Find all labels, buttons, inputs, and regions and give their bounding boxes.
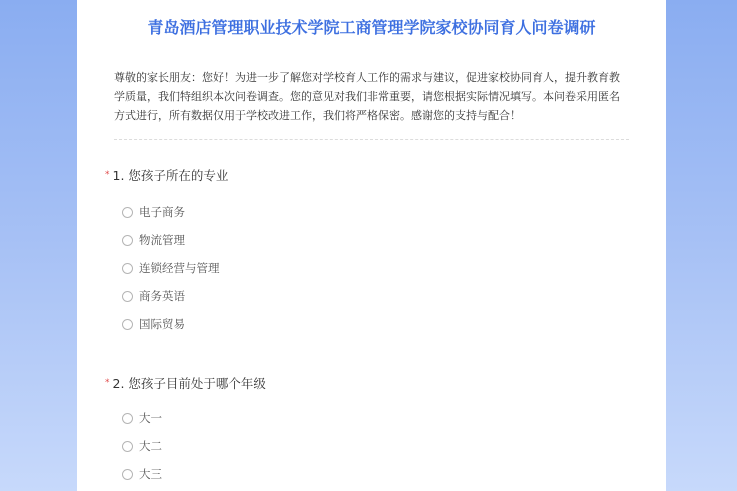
- survey-card: 青岛酒店管理职业技术学院工商管理学院家校协同育人问卷调研 尊敬的家长朋友：您好！…: [77, 0, 666, 491]
- radio-option-chain-management[interactable]: 连锁经营与管理: [122, 254, 666, 282]
- question-title: * 2. 您孩子目前处于哪个年级: [105, 374, 666, 394]
- radio-button-icon[interactable]: [122, 291, 133, 302]
- options-list: 大一 大二 大三: [105, 404, 666, 488]
- radio-option-junior[interactable]: 大三: [122, 460, 666, 488]
- question-label: 2. 您孩子目前处于哪个年级: [113, 374, 266, 394]
- radio-option-ecommerce[interactable]: 电子商务: [122, 198, 666, 226]
- question-1: * 1. 您孩子所在的专业 电子商务 物流管理 连锁经营与管理 商务英语: [77, 166, 666, 338]
- radio-button-icon[interactable]: [122, 441, 133, 452]
- option-label: 大一: [139, 410, 162, 426]
- background-right: [666, 0, 737, 491]
- option-label: 国际贸易: [139, 316, 185, 332]
- radio-button-icon[interactable]: [122, 263, 133, 274]
- divider: [114, 139, 629, 140]
- radio-button-icon[interactable]: [122, 469, 133, 480]
- radio-button-icon[interactable]: [122, 235, 133, 246]
- options-list: 电子商务 物流管理 连锁经营与管理 商务英语 国际贸易: [105, 198, 666, 338]
- radio-option-business-english[interactable]: 商务英语: [122, 282, 666, 310]
- radio-option-logistics[interactable]: 物流管理: [122, 226, 666, 254]
- radio-button-icon[interactable]: [122, 413, 133, 424]
- option-label: 大二: [139, 438, 162, 454]
- question-2: * 2. 您孩子目前处于哪个年级 大一 大二 大三: [77, 374, 666, 488]
- option-label: 大三: [139, 466, 162, 482]
- survey-title: 青岛酒店管理职业技术学院工商管理学院家校协同育人问卷调研: [77, 14, 666, 42]
- option-label: 商务英语: [139, 288, 185, 304]
- option-label: 电子商务: [139, 204, 185, 220]
- question-label: 1. 您孩子所在的专业: [113, 166, 229, 186]
- option-label: 连锁经营与管理: [139, 260, 220, 276]
- required-mark: *: [105, 165, 110, 185]
- survey-intro: 尊敬的家长朋友：您好！为进一步了解您对学校育人工作的需求与建议，促进家校协同育人…: [77, 68, 666, 125]
- radio-option-sophomore[interactable]: 大二: [122, 432, 666, 460]
- required-mark: *: [105, 373, 110, 393]
- radio-option-freshman[interactable]: 大一: [122, 404, 666, 432]
- radio-option-international-trade[interactable]: 国际贸易: [122, 310, 666, 338]
- radio-button-icon[interactable]: [122, 207, 133, 218]
- radio-button-icon[interactable]: [122, 319, 133, 330]
- background-left: [0, 0, 77, 491]
- question-title: * 1. 您孩子所在的专业: [105, 166, 666, 186]
- option-label: 物流管理: [139, 232, 185, 248]
